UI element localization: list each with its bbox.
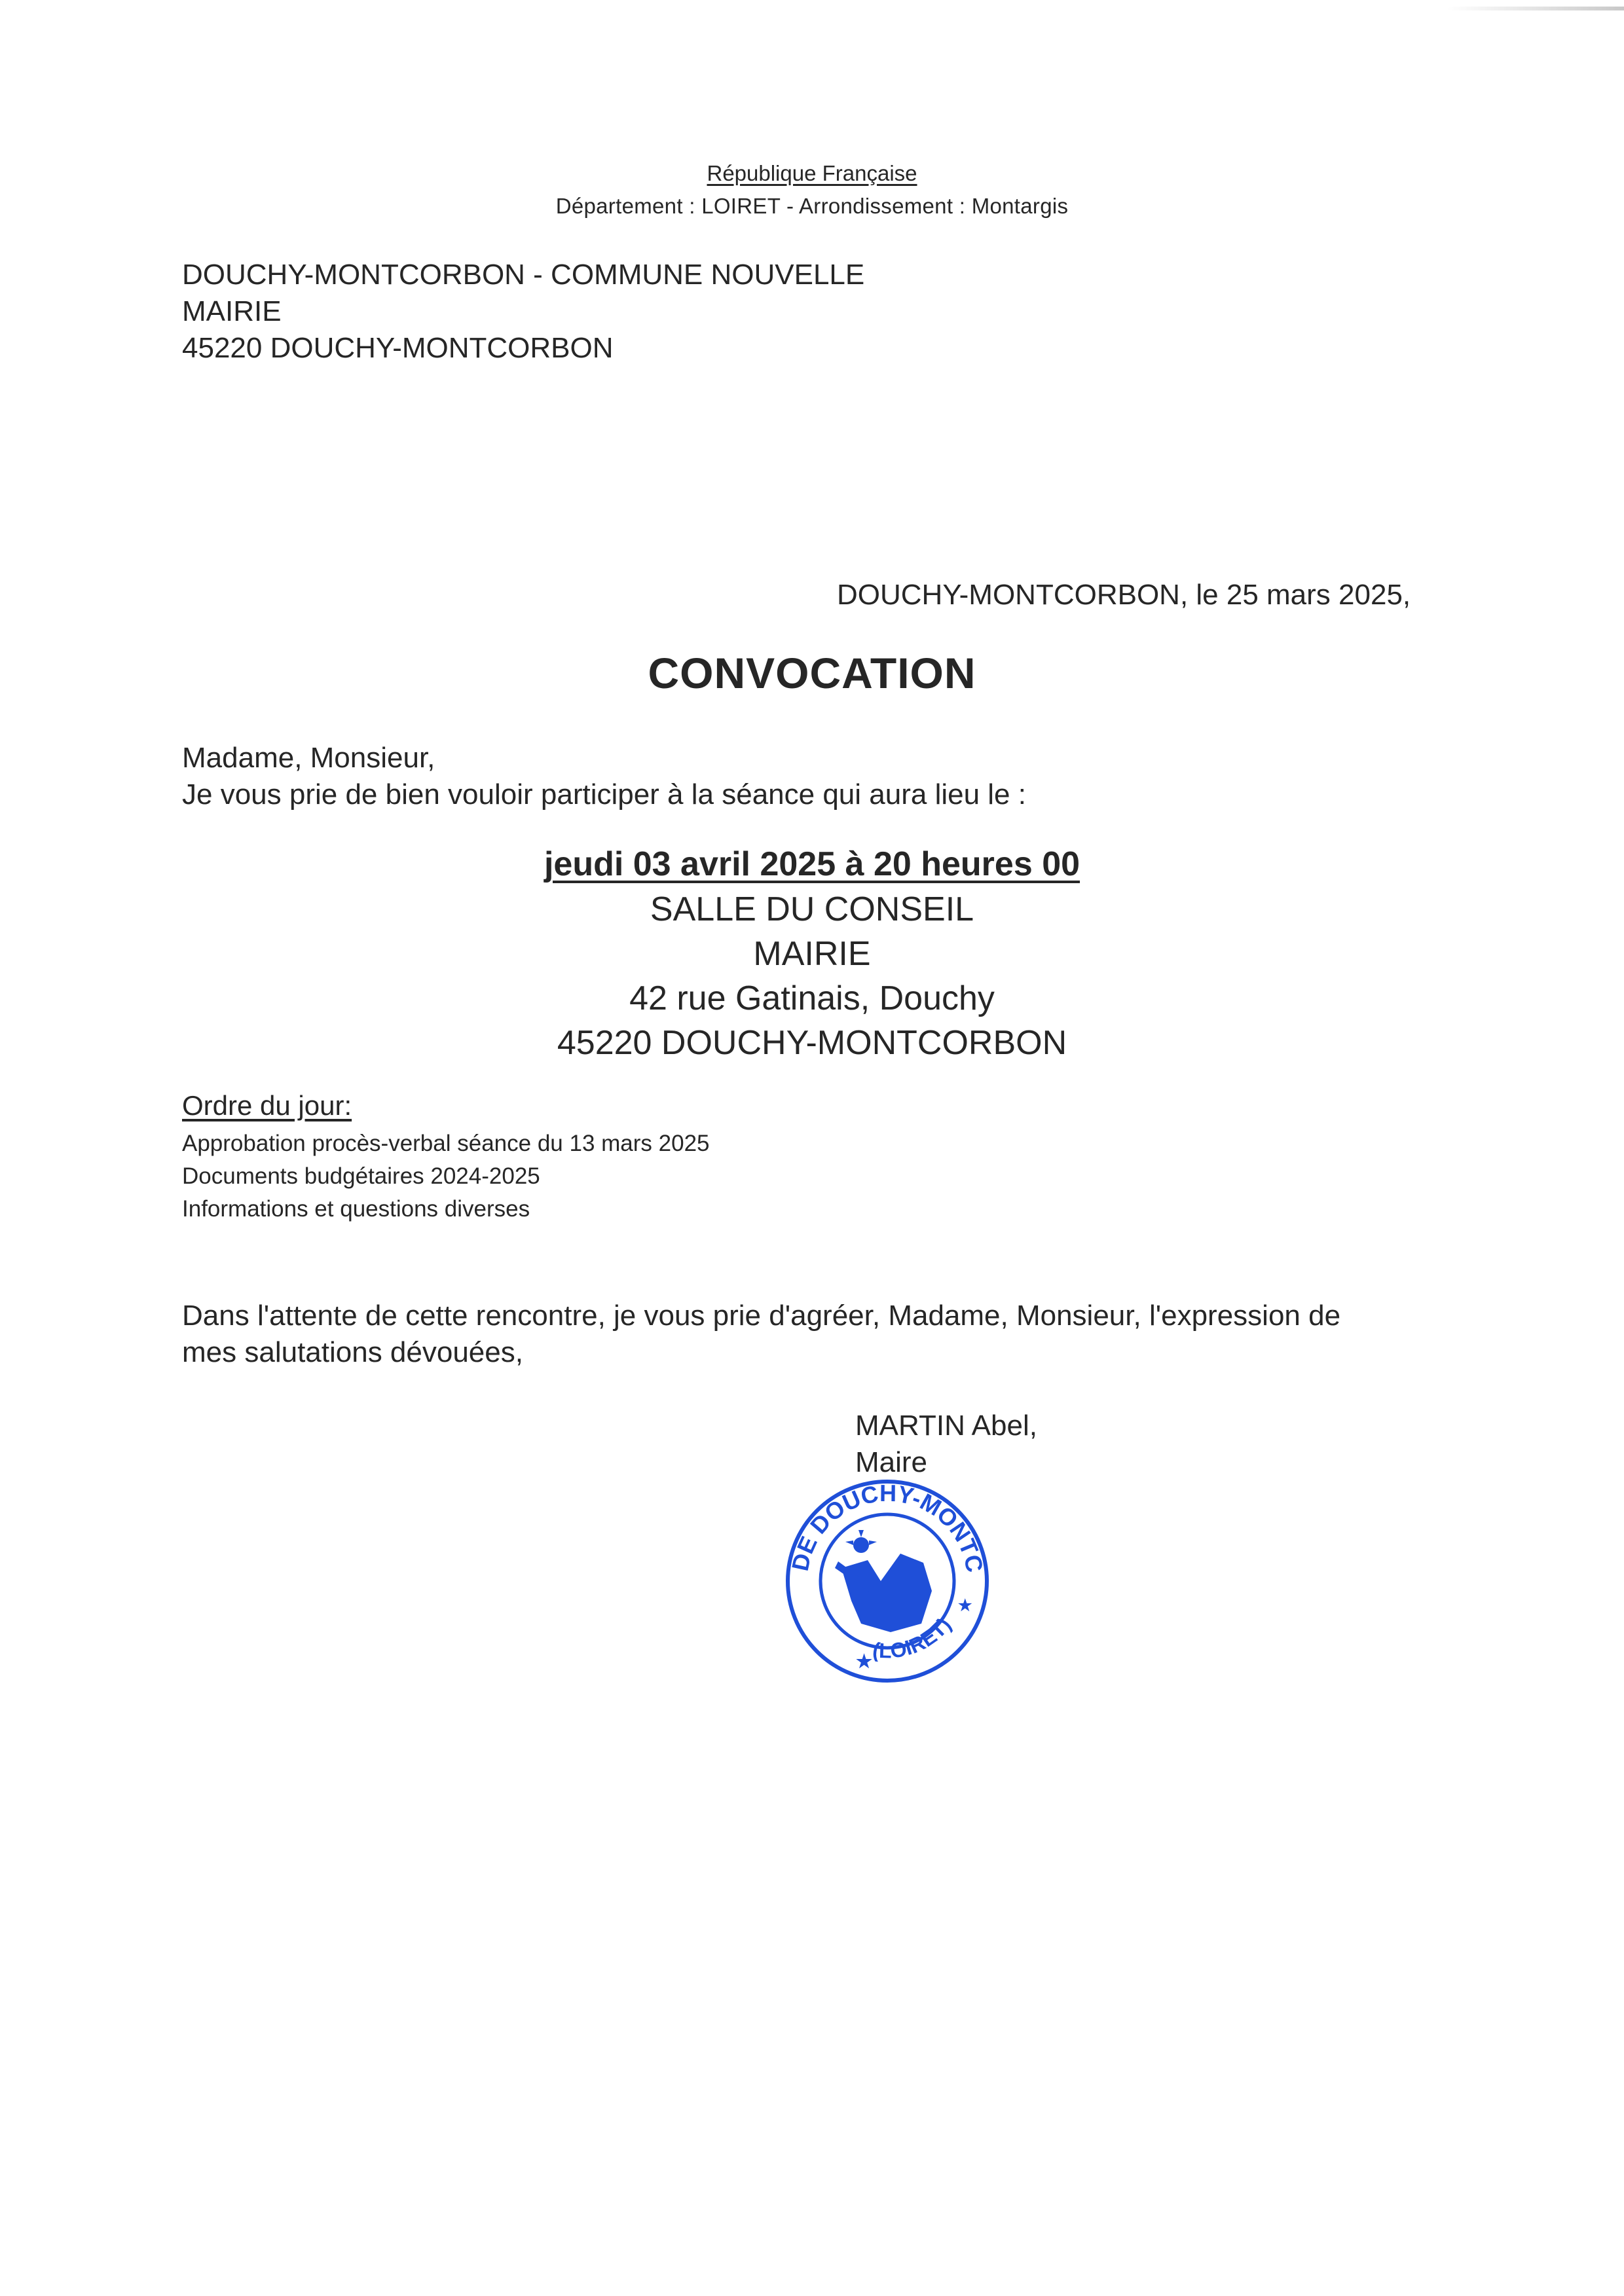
meeting-location-line: 45220 DOUCHY-MONTCORBON: [0, 1021, 1624, 1065]
closing-line: Dans l'attente de cette rencontre, je vo…: [182, 1298, 1340, 1334]
salutation: Madame, Monsieur,: [182, 740, 1026, 776]
department-line: Département : LOIRET - Arrondissement : …: [0, 194, 1624, 219]
meeting-location-line: 42 rue Gatinais, Douchy: [0, 976, 1624, 1021]
meeting-datetime: jeudi 03 avril 2025 à 20 heures 00: [0, 841, 1624, 887]
scan-edge-artifact: [1447, 7, 1624, 10]
closing-line: mes salutations dévouées,: [182, 1334, 1340, 1371]
svg-text:★: ★: [958, 1597, 972, 1614]
meeting-location-line: SALLE DU CONSEIL: [0, 887, 1624, 932]
signatory-role: Maire: [855, 1444, 1037, 1481]
stamp-outer-text: MAIRIE DE DOUCHY-MONTCORBON: [783, 1476, 988, 1579]
place-date: DOUCHY-MONTCORBON, le 25 mars 2025,: [837, 579, 1411, 611]
agenda-heading: Ordre du jour:: [182, 1090, 352, 1121]
republic-heading: République Française: [0, 161, 1624, 186]
signature-block: MARTIN Abel, Maire: [855, 1408, 1037, 1481]
meeting-location-line: MAIRIE: [0, 932, 1624, 976]
sender-line: 45220 DOUCHY-MONTCORBON: [182, 330, 864, 367]
document-title: CONVOCATION: [0, 648, 1624, 698]
agenda-item: Approbation procès-verbal séance du 13 m…: [182, 1127, 710, 1160]
agenda-item: Documents budgétaires 2024-2025: [182, 1160, 710, 1193]
agenda-item: Informations et questions diverses: [182, 1193, 710, 1226]
republic-text: République Française: [707, 161, 917, 185]
signatory-name: MARTIN Abel,: [855, 1408, 1037, 1444]
greeting-block: Madame, Monsieur, Je vous prie de bien v…: [182, 740, 1026, 813]
svg-text:★: ★: [856, 1651, 872, 1671]
invitation-text: Je vous prie de bien vouloir participer …: [182, 776, 1026, 813]
closing-paragraph: Dans l'attente de cette rencontre, je vo…: [182, 1298, 1340, 1371]
sender-line: MAIRIE: [182, 293, 864, 330]
sender-block: DOUCHY-MONTCORBON - COMMUNE NOUVELLE MAI…: [182, 257, 864, 367]
meeting-details: jeudi 03 avril 2025 à 20 heures 00 SALLE…: [0, 841, 1624, 1065]
official-stamp-icon: MAIRIE DE DOUCHY-MONTCORBON (LOIRET) ★ ★: [783, 1476, 992, 1686]
agenda-list: Approbation procès-verbal séance du 13 m…: [182, 1127, 710, 1226]
sender-line: DOUCHY-MONTCORBON - COMMUNE NOUVELLE: [182, 257, 864, 293]
